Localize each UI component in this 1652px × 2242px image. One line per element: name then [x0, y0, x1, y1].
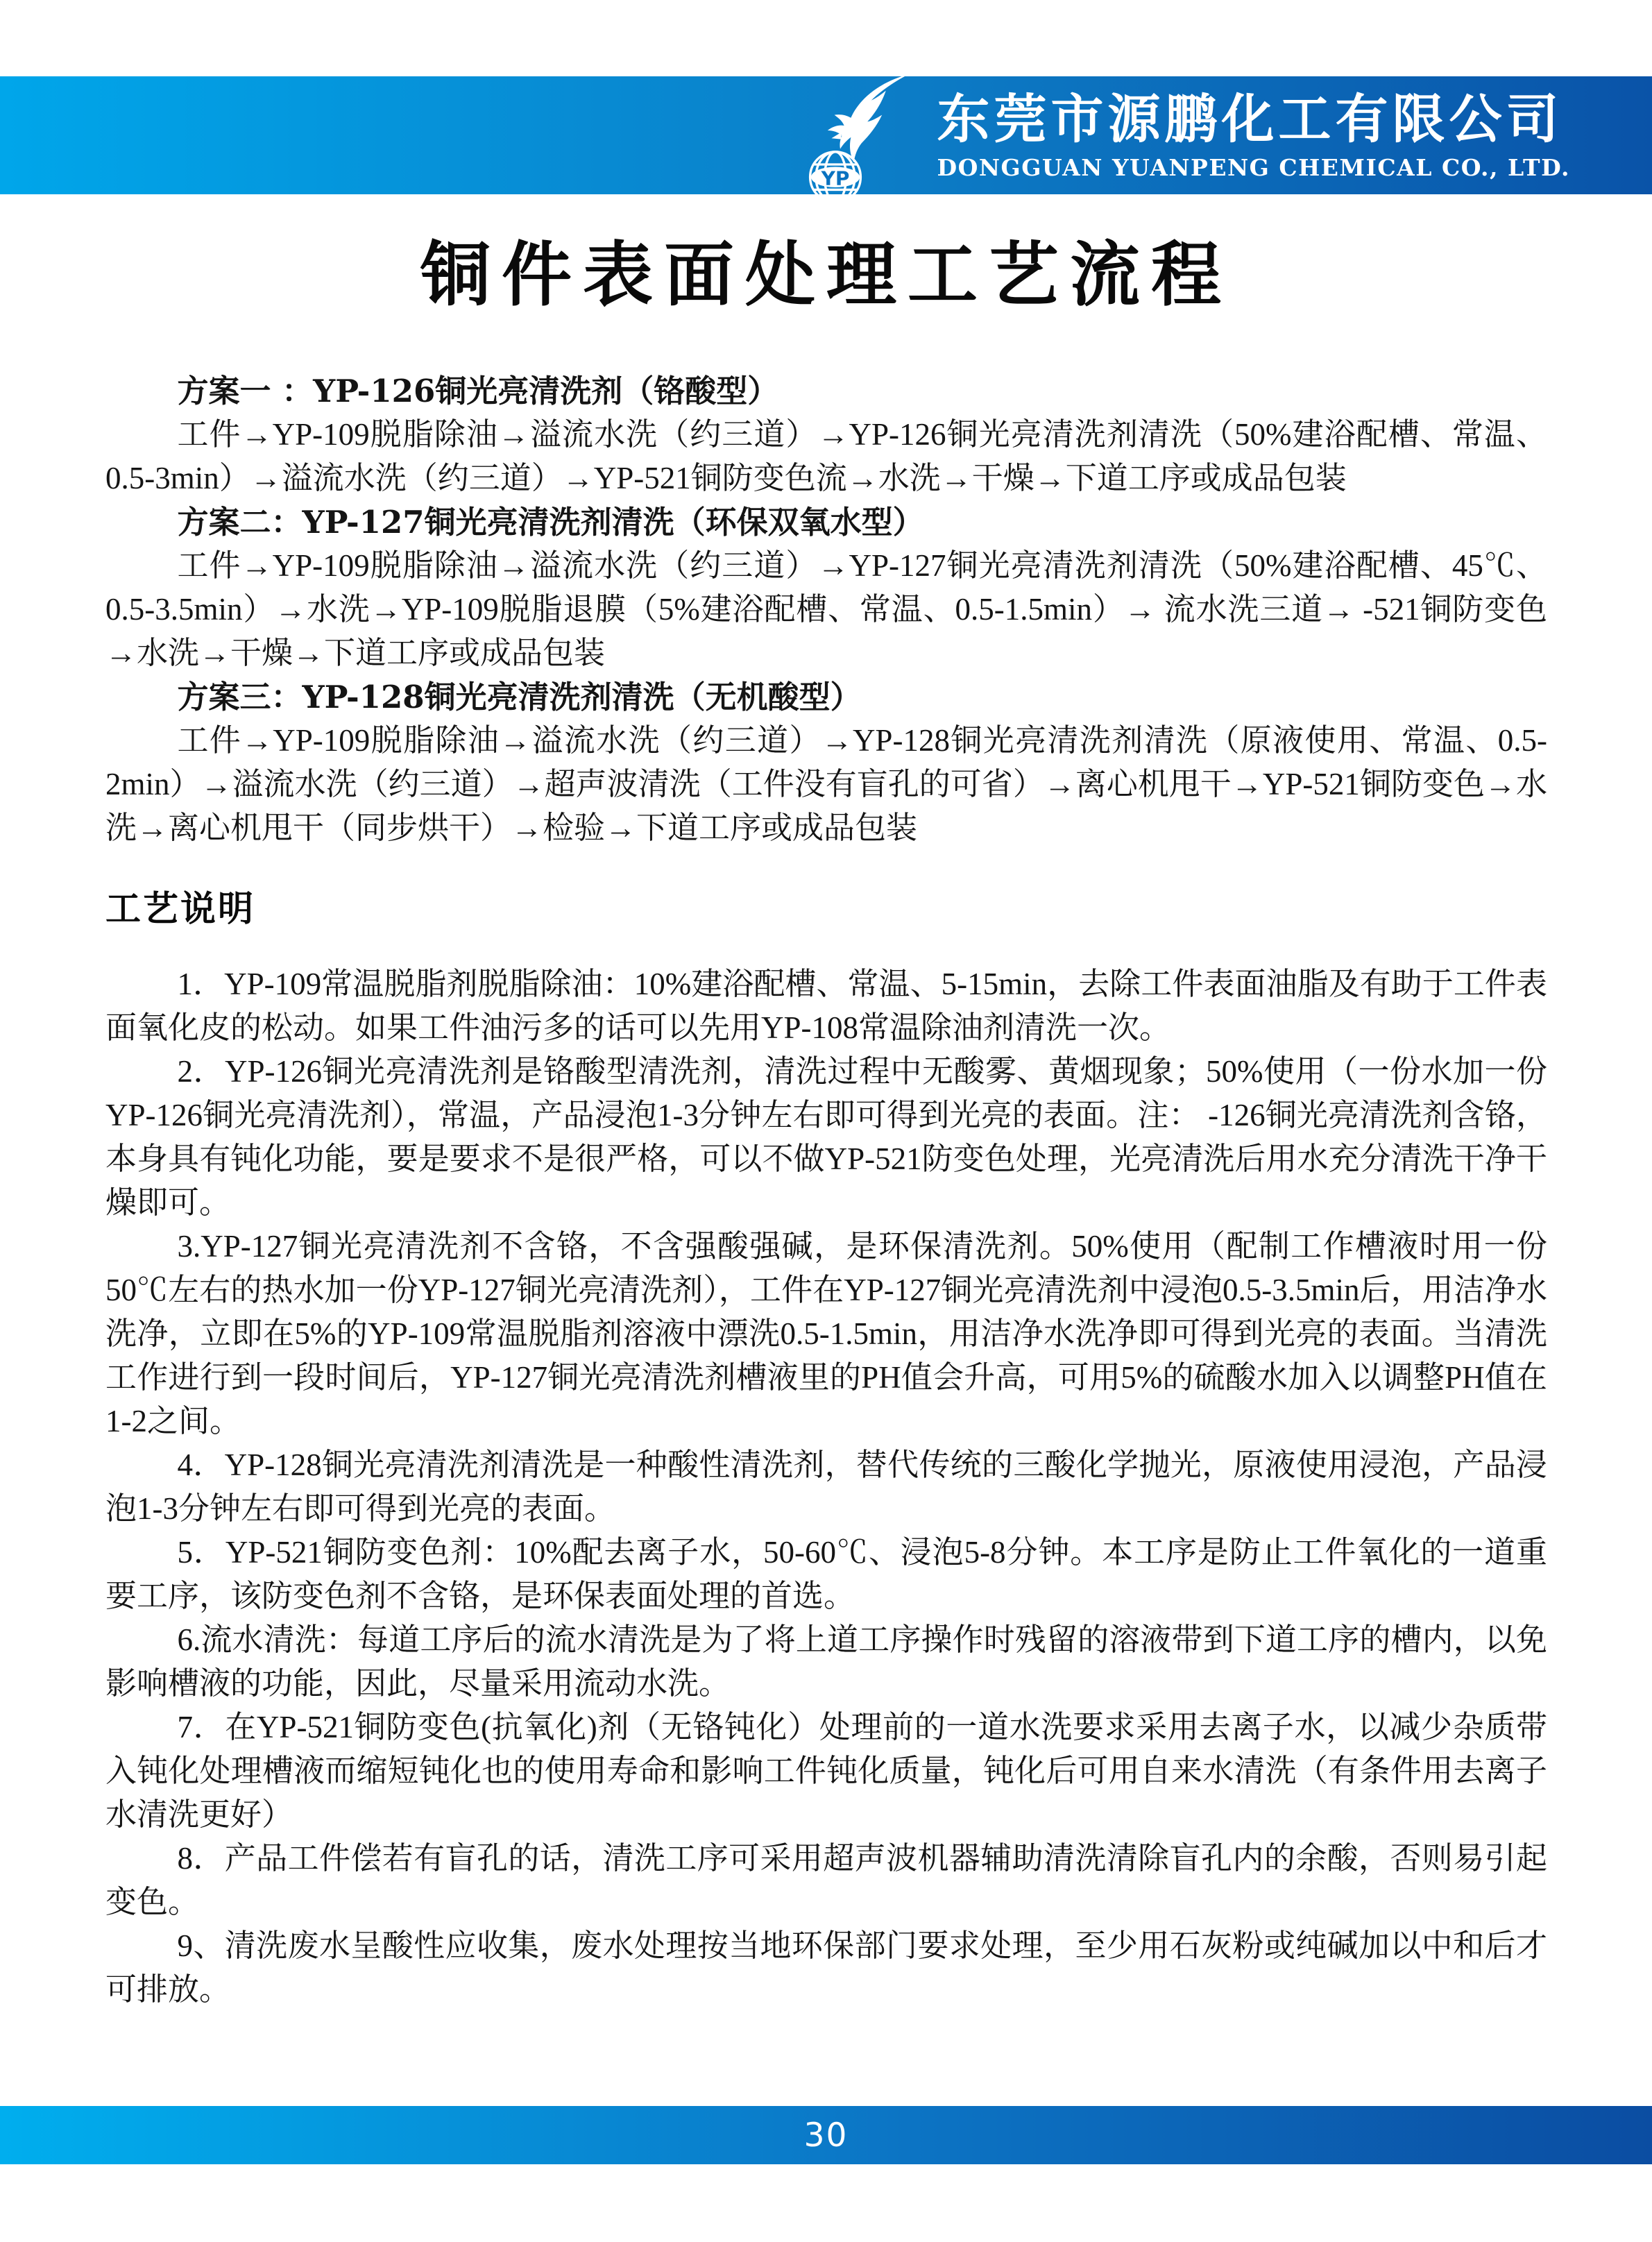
document-page: YP 东莞市源鹏化工有限公司 DONGGUAN YUANPENG CHEMICA…	[0, 0, 1652, 2242]
page-title: 铜件表面处理工艺流程	[105, 235, 1547, 315]
process-notes-heading: 工艺说明	[105, 890, 1547, 929]
process-note-3: 3.YP-127铜光亮清洗剂不含铬，不含强酸强碱，是环保清洗剂。50%使用（配制…	[105, 1225, 1547, 1443]
scheme-2-heading: 方案二：YP-127铜光亮清洗剂清洗（环保双氧水型）	[105, 500, 1547, 544]
scheme-1-heading: 方案一 ：YP-126铜光亮清洗剂（铬酸型）	[105, 369, 1547, 413]
process-note-4: 4．YP-128铜光亮清洗剂清洗是一种酸性清洗剂，替代传统的三酸化学抛光，原液使…	[105, 1443, 1547, 1531]
process-note-8: 8．产品工件偿若有盲孔的话，清洗工序可采用超声波机器辅助清洗清除盲孔内的余酸，否…	[105, 1837, 1547, 1924]
scheme-3-flow: 工件→YP-109脱脂除油→溢流水洗（约三道）→YP-128铜光亮清洗剂清洗（原…	[105, 719, 1547, 850]
scheme-1-flow: 工件→YP-109脱脂除油→溢流水洗（约三道）→YP-126铜光亮清洗剂清洗（5…	[105, 413, 1547, 500]
process-note-7: 7．在YP-521铜防变色(抗氧化)剂（无铬钝化）处理前的一道水洗要求采用去离子…	[105, 1706, 1547, 1837]
process-note-1: 1．YP-109常温脱脂剂脱脂除油：10%建浴配槽、常温、5-15min，去除工…	[105, 962, 1547, 1050]
page-number: 30	[804, 2116, 849, 2155]
process-note-2: 2．YP-126铜光亮清洗剂是铬酸型清洗剂，清洗过程中无酸雾、黄烟现象；50%使…	[105, 1050, 1547, 1225]
process-note-6: 6.流水清洗：每道工序后的流水清洗是为了将上道工序操作时残留的溶液带到下道工序的…	[105, 1618, 1547, 1706]
scheme-2-flow: 工件→YP-109脱脂除油→溢流水洗（约三道）→YP-127铜光亮清洗剂清洗（5…	[105, 544, 1547, 675]
scheme-3-heading: 方案三：YP-128铜光亮清洗剂清洗（无机酸型）	[105, 675, 1547, 719]
footer-band: 30	[0, 2106, 1652, 2164]
process-note-9: 9、清洗废水呈酸性应收集，废水处理按当地环保部门要求处理，至少用石灰粉或纯碱加以…	[105, 1924, 1547, 2012]
page-content: 铜件表面处理工艺流程 方案一 ：YP-126铜光亮清洗剂（铬酸型） 工件→YP-…	[105, 0, 1547, 2012]
process-note-5: 5．YP-521铜防变色剂：10%配去离子水，50-60℃、浸泡5-8分钟。本工…	[105, 1531, 1547, 1618]
